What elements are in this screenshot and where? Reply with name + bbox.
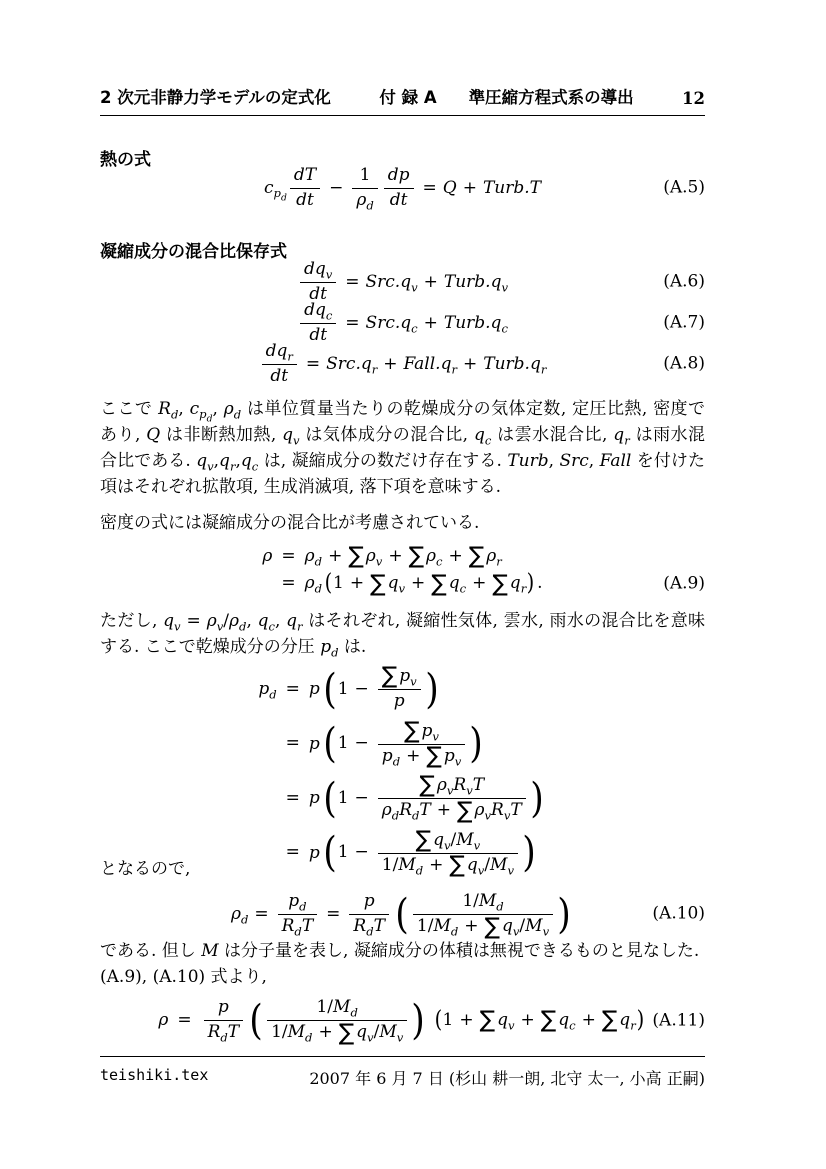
math-subscript: d (366, 199, 373, 213)
math-subscript: v (174, 619, 181, 633)
close-paren-icon: ) (530, 781, 544, 816)
align-wrap: ρ=ρd+∑ρv+∑ρc+∑ρr=ρd(1+∑qv+∑qc+∑qr). (100, 543, 705, 598)
math-var: ρd (231, 904, 248, 925)
math-var: v (474, 838, 481, 852)
summation-icon: ∑ (370, 575, 385, 593)
fraction-denominator: RdT (204, 1021, 244, 1044)
math-operator: = (326, 904, 340, 925)
math-var: dqr (266, 341, 293, 362)
equation-number: (A.11) (652, 1010, 705, 1031)
math-var: Src.qv (366, 272, 418, 293)
equation-relation: = (277, 717, 309, 772)
math-var: T (374, 916, 385, 937)
math-var: dqc (304, 300, 332, 321)
math-var: ρc (426, 546, 442, 566)
math-var: pd (382, 746, 400, 767)
text-run: , (178, 399, 189, 419)
math-var: pd (320, 637, 338, 657)
math-var: Turb.T (483, 178, 541, 199)
equation-lhs (262, 570, 272, 597)
math-var: v (543, 925, 550, 939)
math-subscript: d (451, 925, 458, 939)
math-operator: + (463, 178, 477, 199)
math-subscript: v (398, 582, 405, 596)
open-paren-icon: ( (323, 781, 337, 816)
math-var: Rd (208, 1022, 228, 1043)
equation-relation: = (277, 771, 309, 826)
math-var: pv (422, 721, 439, 742)
math-var: Rd (158, 399, 178, 419)
math-var: r (541, 362, 547, 376)
math-subscript: d (220, 1031, 227, 1045)
close-paren-icon: ) (425, 672, 439, 707)
math-subscript: d (366, 925, 373, 939)
math-subscript: c (460, 582, 466, 596)
equation-number: (A.7) (663, 313, 705, 334)
math-var: qc (449, 573, 466, 594)
math-var: cpd (264, 178, 287, 199)
paragraph: ここで Rd, cpd, ρd は単位質量当たりの乾燥成分の気体定数, 定圧比熱… (100, 396, 705, 500)
math-var: qv (388, 573, 405, 594)
fraction-denominator: ρd (352, 189, 377, 212)
math-subscript: d (281, 192, 287, 203)
text-run: は雲水混合比, (491, 425, 613, 445)
math-subscript: v (508, 1018, 515, 1032)
math-var: ρd (305, 573, 322, 593)
math-var: qr (219, 451, 235, 471)
math-operator: = (306, 354, 320, 375)
page-footer: teishiki.tex 2007 年 6 月 7 日 (杉山 耕一朗, 北守 … (100, 1056, 705, 1089)
math-var: p (309, 733, 320, 753)
math-var: dt (296, 190, 314, 211)
text-run: は非断熱加熱, (160, 425, 282, 445)
math-var: v (376, 554, 383, 568)
math-roman: 1/ (462, 891, 479, 912)
math-subscript: v (474, 838, 481, 852)
footer-filename: teishiki.tex (100, 1066, 208, 1089)
math-operator: + (459, 1010, 473, 1031)
open-paren-icon: ( (325, 574, 333, 594)
math-subscript: c (501, 321, 507, 335)
math-subscript: r (372, 362, 378, 376)
math-fraction: dqrdt (262, 340, 297, 389)
text-run: , (212, 399, 223, 419)
math-operator: + (424, 272, 438, 293)
fraction-numerator: dp (384, 164, 414, 189)
math-subscript: r (451, 362, 457, 376)
fraction-numerator: p (204, 996, 244, 1021)
fraction-numerator: dqr (262, 340, 297, 365)
summation-icon: ∑ (419, 776, 434, 794)
math-operator: + (437, 800, 451, 821)
math-var: v (432, 729, 439, 743)
math-var: d (299, 899, 306, 913)
math-var: Turb.qv (444, 272, 508, 293)
math-fraction: 1/Md1/Md+∑qv/Mv (267, 996, 407, 1045)
math-operator: + (406, 746, 420, 767)
math-var: Md (333, 997, 358, 1018)
math-operator: = (345, 272, 359, 293)
equation-line: cpddTdt−1ρddpdt=Q+Turb.T (100, 162, 705, 215)
math-var: v (411, 280, 418, 294)
equation-lhs: ρ (262, 543, 272, 570)
math-var: qc (241, 451, 258, 471)
math-var: qv (356, 1022, 373, 1043)
equation-line: ρd=pdRdT=pRdT(1/Md1/Md+∑qv/Mv) (100, 888, 705, 941)
paren-content: 1+∑qv+∑qc+∑qr (443, 1010, 636, 1031)
summation-icon: ∑ (348, 547, 363, 565)
header-appendix-label: 付 録 A (379, 84, 436, 108)
text-run: ここで (100, 399, 158, 419)
math-subscript: d (412, 809, 419, 823)
math-subscript: d (393, 754, 400, 768)
math-subscript: d (269, 687, 276, 701)
header-center: 付 録 A 準圧縮方程式系の導出 (379, 84, 633, 108)
align-table: pd=p(1−∑pvp)=p(1−∑pvpd+∑pv)=p(1−∑ρvRvTρd… (258, 662, 546, 880)
math-roman: 1/ (417, 916, 434, 937)
math-var: ρd (224, 399, 241, 419)
equation-number: (A.8) (663, 354, 705, 375)
close-paren-icon: ) (636, 1011, 644, 1031)
math-var: ρv (437, 775, 454, 796)
fraction-numerator: dqv (300, 258, 336, 283)
math-var: r (287, 349, 293, 363)
fraction-numerator: 1/Md (413, 890, 553, 915)
align-table: ρ=pRdT(1/Md1/Md+∑qv/Mv)(1+∑qv+∑qc+∑qr) (158, 993, 646, 1048)
open-paren-icon: ( (323, 726, 337, 761)
math-operator: + (472, 573, 486, 594)
math-subscript: pd (199, 407, 212, 421)
math-var: qc (258, 611, 275, 631)
paren-content: 1−∑pvp (338, 665, 424, 714)
math-subscript: d (241, 912, 248, 926)
math-var: ρv (474, 800, 491, 821)
math-var: dT (294, 165, 316, 186)
fraction-denominator: RdT (278, 915, 318, 938)
fraction-denominator: 1/Md+∑qv/Mv (267, 1021, 407, 1044)
summation-icon: ∑ (426, 747, 441, 765)
math-var: v (508, 1018, 515, 1032)
paren-content: 1−∑pvpd+∑pv (338, 720, 469, 769)
paren-group: (1/Md1/Md+∑qv/Mv) (248, 996, 426, 1045)
math-var: ρd (305, 546, 322, 566)
math-var: qv (196, 451, 213, 471)
math-var: p (394, 691, 405, 712)
equation-relation: = (272, 570, 304, 597)
math-operator: + (318, 1022, 332, 1043)
math-fraction: ∑ρvRvTρdRdT+∑ρvRvT (378, 774, 526, 823)
equation-rhs: pRdT(1/Md1/Md+∑qv/Mv)(1+∑qv+∑qc+∑qr) (201, 993, 647, 1048)
math-var: pd (274, 186, 287, 200)
math-var: d (496, 899, 503, 913)
math-subscript: v (455, 754, 462, 768)
math-var: qv (502, 916, 519, 937)
text-run: , (549, 451, 560, 471)
math-var: Fall.qr (404, 354, 457, 375)
math-operator: = (423, 178, 437, 199)
paren-group: (1−∑pvpd+∑pv) (322, 720, 484, 769)
math-operator: = (345, 313, 359, 334)
equation-line: =ρd(1+∑qv+∑qc+∑qr). (262, 570, 542, 597)
math-subscript: c (411, 321, 417, 335)
math-subscript: r (630, 1018, 636, 1032)
math-subscript: d (350, 1005, 357, 1019)
equation-line: ρ=ρd+∑ρv+∑ρc+∑ρr (262, 543, 542, 570)
math-var: Md (479, 891, 504, 912)
equation-lhs: pd (258, 662, 276, 717)
math-var: d (412, 809, 419, 823)
math-var: qc (558, 1010, 575, 1031)
math-subscript: d (305, 1031, 312, 1045)
equation-rhs: p(1−∑pvpd+∑pv) (309, 717, 547, 772)
display-equation: dqrdt=Src.qr+Fall.qr+Turb.qr(A.8) (100, 338, 705, 391)
summation-icon: ∑ (492, 575, 507, 593)
fraction-numerator: ∑ρvRvT (378, 774, 526, 799)
math-var: p (309, 788, 320, 808)
math-var: Md (288, 1022, 313, 1043)
math-roman: 1 (443, 1010, 454, 1031)
fraction-denominator: 1/Md+∑qv/Mv (413, 915, 553, 938)
math-subscript: v (501, 280, 508, 294)
paren-content: 1/Md1/Md+∑qv/Mv (410, 890, 556, 939)
fraction-denominator: dt (290, 189, 320, 212)
summation-icon: ∑ (431, 575, 446, 593)
summation-icon: ∑ (409, 547, 424, 565)
math-fraction: ∑pvpd+∑pv (378, 720, 465, 769)
math-var: c (460, 582, 466, 596)
summation-icon: ∑ (382, 667, 397, 685)
text-run: ただし, (100, 611, 163, 631)
equation-rhs: p(1−∑pvp) (309, 662, 547, 717)
math-operator: − (329, 178, 343, 199)
math-var: qr (510, 573, 526, 594)
text-run: 式より, (205, 967, 267, 987)
math-var: d (305, 1031, 312, 1045)
math-var: Rd (399, 800, 419, 821)
math-var: qr (619, 1010, 635, 1031)
math-var: v (455, 754, 462, 768)
math-var: r (630, 1018, 636, 1032)
math-var: d (331, 645, 338, 659)
math-var: Src.qr (326, 354, 377, 375)
equation-relation: = (272, 543, 304, 570)
close-paren-icon: ) (411, 1003, 425, 1038)
math-var: d (350, 1005, 357, 1019)
header-left-title: 2 次元非静力学モデルの定式化 (100, 84, 331, 108)
equation-lhs (258, 717, 276, 772)
fraction-denominator: RdT (349, 915, 389, 938)
display-equation: ρ=pRdT(1/Md1/Md+∑qv/Mv)(1+∑qv+∑qc+∑qr)(A… (100, 993, 705, 1048)
paren-group: (1−∑pvp) (322, 665, 440, 714)
equation-lhs: ρ (158, 993, 168, 1048)
equation-lhs (258, 771, 276, 826)
open-paren-icon: ( (323, 672, 337, 707)
math-var: v (397, 1031, 404, 1045)
math-subscript: r (287, 349, 293, 363)
math-var: v (410, 674, 417, 688)
math-var: d (220, 1031, 227, 1045)
math-fraction: pRdT (349, 890, 389, 939)
paragraph: 密度の式には凝縮成分の混合比が考慮されている. (100, 510, 705, 536)
math-var: c (411, 321, 417, 335)
equation-line: =p(1−∑pvpd+∑pv) (258, 717, 546, 772)
text-run: , (275, 611, 286, 631)
fraction-denominator: p (378, 690, 421, 713)
equation-line: ρ=pRdT(1/Md1/Md+∑qv/Mv)(1+∑qv+∑qc+∑qr) (158, 993, 646, 1048)
math-var: ρ (158, 1010, 168, 1030)
math-var: ρd (382, 800, 399, 821)
math-operator: + (582, 1010, 596, 1031)
paragraph: となるので, (100, 856, 705, 882)
math-var: Rd (353, 916, 373, 937)
math-subscript: pd (274, 186, 287, 200)
math-var: qv (163, 611, 180, 631)
math-var: p (218, 997, 229, 1018)
math-var: p (309, 679, 320, 699)
summation-icon: ∑ (404, 722, 419, 740)
math-var: Rv (491, 800, 510, 821)
math-var: ρr (486, 546, 502, 566)
math-var: d (269, 687, 276, 701)
fraction-numerator: pd (278, 890, 318, 915)
fraction-denominator: pd+∑pv (378, 745, 465, 768)
math-var: qv (282, 425, 299, 445)
math-operator: + (521, 1010, 535, 1031)
fraction-numerator: p (349, 890, 389, 915)
math-var: Turb.qr (483, 354, 546, 375)
math-var: ρv (207, 611, 224, 631)
math-fraction: 1/Md1/Md+∑qv/Mv (413, 890, 553, 939)
text-run: となるので, (100, 859, 190, 879)
math-roman: 1 (338, 788, 349, 809)
fraction-numerator: ∑pv (378, 720, 465, 745)
display-equation: cpddTdt−1ρddpdt=Q+Turb.T(A.5) (100, 162, 705, 215)
math-fraction: dTdt (290, 164, 320, 213)
math-var: Src.qc (366, 313, 418, 334)
math-subscript: r (496, 554, 502, 568)
math-var: Src (560, 451, 589, 471)
math-var: c (436, 554, 442, 568)
math-var: Rv (453, 775, 472, 796)
math-roman: 1 (360, 165, 371, 186)
math-var: d (451, 925, 458, 939)
summation-icon: ∑ (339, 1024, 354, 1042)
math-var: c (569, 1018, 575, 1032)
summation-icon: ∑ (541, 1011, 556, 1029)
math-var: d (366, 925, 373, 939)
equation-number: (A.5) (663, 178, 705, 199)
math-subscript: v (543, 925, 550, 939)
equation-line: pd=p(1−∑pvp) (258, 662, 546, 717)
text-run: である. 但し (100, 941, 201, 961)
equation-line: dqrdt=Src.qr+Fall.qr+Turb.qr (100, 338, 705, 391)
math-var: T (302, 916, 313, 937)
equation-number: (A.6) (663, 272, 705, 293)
math-var: ρd (229, 611, 246, 631)
math-var: cpd (190, 399, 213, 419)
open-paren-icon: ( (249, 1003, 263, 1038)
math-var: Fall (600, 451, 632, 471)
math-var: T (419, 800, 430, 821)
math-var: v (174, 619, 181, 633)
paren-group: (1−∑ρvRvTρdRdT+∑ρvRvT) (322, 774, 545, 823)
align-wrap: ρ=pRdT(1/Md1/Md+∑qv/Mv)(1+∑qv+∑qc+∑qr) (100, 993, 705, 1048)
math-var: qr (613, 425, 629, 445)
math-var: c (501, 321, 507, 335)
text-run: , (589, 451, 600, 471)
page-number: 12 (682, 89, 705, 108)
summation-icon: ∑ (416, 831, 431, 849)
math-subscript: c (436, 554, 442, 568)
math-var: v (326, 267, 333, 281)
text-run: 密度の式には凝縮成分の混合比が考慮されている. (100, 513, 479, 533)
footer-date-authors: 2007 年 6 月 7 日 (杉山 耕一朗, 北守 太一, 小高 正嗣) (309, 1066, 705, 1089)
math-var: d (241, 912, 248, 926)
equation-line: =p(1−∑ρvRvTρdRdT+∑ρvRvT) (258, 771, 546, 826)
equation-number: (A.9) (663, 573, 705, 594)
equation-relation: = (168, 993, 200, 1048)
math-operator: + (463, 354, 477, 375)
math-var: T (228, 1022, 239, 1043)
math-var: v (398, 582, 405, 596)
math-roman: 1 (333, 573, 344, 594)
math-roman: 1 (338, 679, 349, 700)
text-run: は分子量を表し, 凝縮成分の体積は無視できるものと見なした. (219, 941, 700, 961)
math-subscript: c (326, 308, 332, 322)
close-paren-icon: ) (469, 726, 483, 761)
math-operator: + (383, 354, 397, 375)
math-fraction: 1ρd (352, 164, 377, 213)
math-operator: + (449, 546, 463, 566)
paren-content: 1−∑ρvRvTρdRdT+∑ρvRvT (338, 774, 529, 823)
math-fraction: dpdt (384, 164, 414, 213)
math-subscript: v (410, 674, 417, 688)
equation-rhs: p(1−∑ρvRvTρdRdT+∑ρvRvT) (309, 771, 547, 826)
math-var: p (364, 891, 375, 912)
math-var: dt (390, 190, 408, 211)
math-var: pd (199, 407, 212, 421)
math-roman: 1/ (316, 997, 333, 1018)
math-var: Q (146, 425, 160, 445)
math-var: d (294, 925, 301, 939)
math-var: d (315, 582, 322, 596)
document-page: 2 次元非静力学モデルの定式化 付 録 A 準圧縮方程式系の導出 12 熱の式c… (0, 0, 826, 1169)
math-var: pd (288, 891, 306, 912)
math-var: d (393, 754, 400, 768)
fraction-denominator: dt (262, 365, 297, 388)
math-var: c (326, 308, 332, 322)
math-roman: (A.9), (A.10) (100, 967, 205, 987)
math-operator: + (464, 916, 478, 937)
math-subscript: v (411, 280, 418, 294)
math-var: Turb.qc (444, 313, 508, 334)
text-run: は気体成分の混合比, (300, 425, 474, 445)
math-var: pv (444, 746, 461, 767)
math-var: Mv (456, 830, 480, 851)
math-operator: = (187, 611, 201, 631)
text-run: は. (339, 637, 367, 657)
math-var: r (521, 582, 527, 596)
math-operator: + (328, 546, 342, 566)
paren-group: (1+∑qv+∑qc+∑qr) (434, 1010, 645, 1031)
header-appendix-title: 準圧縮方程式系の導出 (469, 84, 634, 108)
math-var: pd (258, 679, 276, 699)
math-subscript: c (569, 1018, 575, 1032)
fraction-numerator: 1 (352, 164, 377, 189)
math-subscript: d (299, 899, 306, 913)
math-var: ρv (366, 546, 383, 566)
math-var: r (372, 362, 378, 376)
